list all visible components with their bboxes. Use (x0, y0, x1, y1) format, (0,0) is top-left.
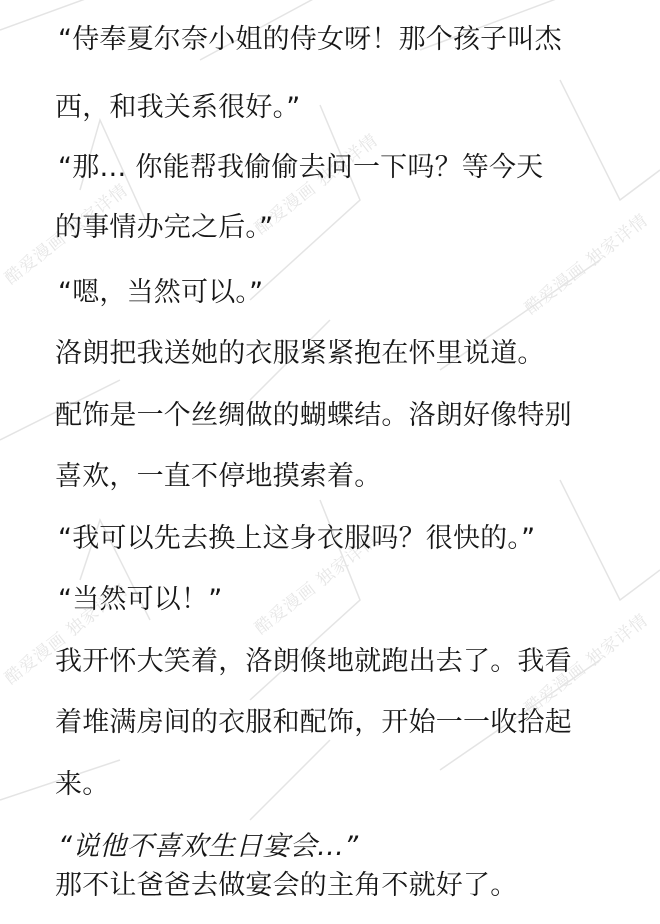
text-line: “那… 你能帮我偷偷去问一下吗？等今天 (58, 152, 543, 184)
text-line: 西，和我关系很好。” (55, 92, 301, 124)
text-line: 那不让爸爸去做宴会的主角不就好了。 (55, 870, 517, 902)
text-line: 我开怀大笑着，洛朗倏地就跑出去了。我看 (55, 646, 572, 678)
text-line: “当然可以！” (58, 584, 222, 616)
text-line: “侍奉夏尔奈小姐的侍女呀！那个孩子叫杰 (58, 24, 562, 56)
text-line: 洛朗把我送她的衣服紧紧抱在怀里说道。 (55, 338, 545, 370)
text-line: 喜欢，一直不停地摸索着。 (55, 461, 381, 493)
watermark-text: 酷爱漫画 独家详情 (518, 206, 652, 318)
text-line: 来。 (55, 769, 109, 801)
text-line: 的事情办完之后。” (55, 212, 273, 244)
text-line: “我可以先去换上这身衣服吗？很快的。” (58, 523, 535, 555)
text-line: 配饰是一个丝绸做的蝴蝶结。洛朗好像特别 (55, 400, 572, 432)
text-line: 着堆满房间的衣服和配饰，开始一一收拾起 (55, 707, 572, 739)
text-line-inner-thought: “说他不喜欢生日宴会…” (58, 831, 358, 863)
text-line: “嗯，当然可以。” (58, 277, 263, 309)
